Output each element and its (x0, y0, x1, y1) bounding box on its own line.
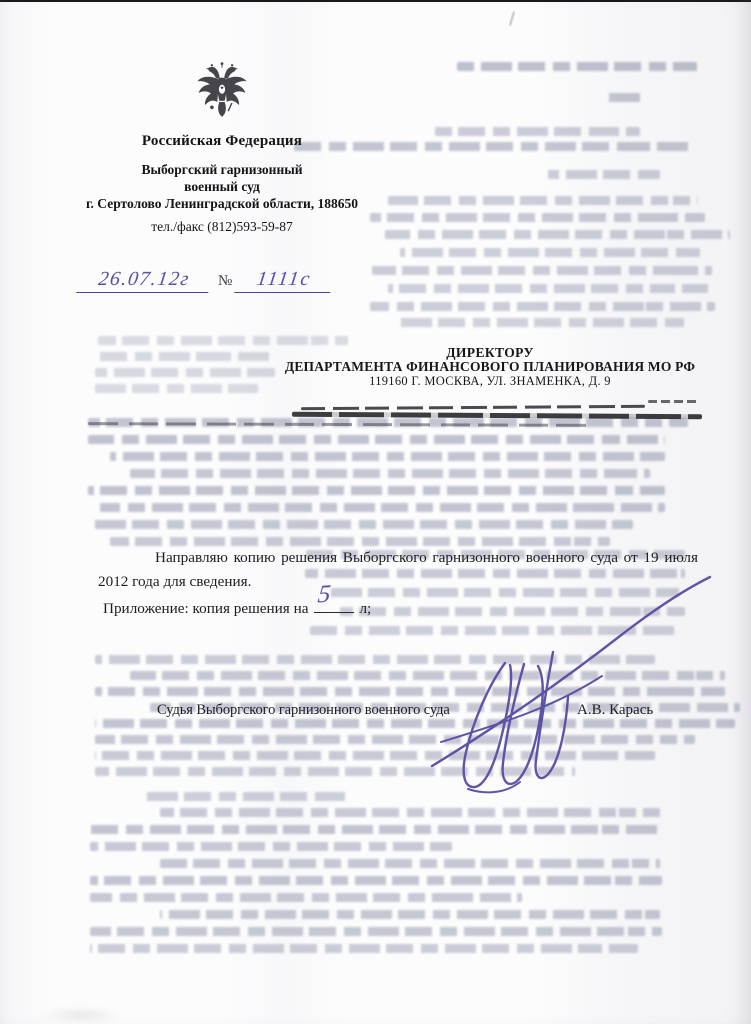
attachment-line: Приложение: копия решения на5л; (103, 598, 371, 618)
ghost-text-line (370, 302, 715, 311)
ghost-text-line (90, 944, 638, 953)
ghost-text-line (100, 503, 665, 512)
scanned-letter-page: Российская Федерация Выборгский гарнизон… (0, 0, 751, 1024)
body-paragraph: Направляю копию решения Выборгского гарн… (98, 546, 698, 593)
ghost-text-line (95, 687, 725, 696)
recipient-line1: ДИРЕКТОРУ (277, 346, 703, 360)
ghost-text-line (310, 626, 680, 635)
russian-coat-of-arms-icon (195, 61, 249, 127)
ghost-text-line (90, 825, 662, 834)
redaction-smudge (648, 400, 700, 403)
ghost-text-line (90, 842, 452, 851)
ghost-text-line (370, 213, 705, 222)
ghost-text-line (395, 318, 685, 327)
ghost-text-line (435, 127, 640, 136)
ghost-text-line (160, 910, 660, 919)
ghost-text-line (130, 469, 650, 478)
ghost-text-line (145, 792, 350, 801)
letterhead-court-line2: военный суд (72, 178, 372, 195)
attachment-pages-blank: 5 (314, 598, 354, 613)
ghost-text-line (98, 336, 348, 345)
redaction-smudge (301, 405, 645, 410)
ghost-text-line (95, 384, 265, 393)
letterhead: Российская Федерация Выборгский гарнизон… (72, 133, 372, 235)
ghost-text-line (95, 751, 655, 760)
redaction-smudge (88, 422, 594, 426)
handwritten-page-count: 5 (317, 582, 332, 608)
handwritten-signature (410, 558, 740, 808)
ghost-text-line (88, 520, 633, 529)
ghost-text-line (548, 170, 660, 179)
ghost-text-line (110, 452, 665, 461)
ghost-text-line (90, 893, 522, 902)
letterhead-country: Российская Федерация (72, 133, 372, 150)
ghost-text-line (88, 486, 665, 495)
judge-title: Судья Выборгского гарнизонного военного … (157, 702, 450, 719)
ghost-text-line (90, 876, 662, 885)
ghost-text-line (95, 735, 695, 744)
ghost-text-line (388, 284, 708, 293)
ghost-text-line (400, 248, 700, 257)
scan-edge-line (0, 0, 751, 2)
redaction-smudge (292, 412, 702, 420)
attachment-suffix: л; (359, 600, 371, 617)
scan-corner-shade (38, 1006, 124, 1024)
recipient-block: ДИРЕКТОРУ ДЕПАРТАМЕНТА ФИНАНСОВОГО ПЛАНИ… (277, 346, 703, 388)
scan-artifact-speck (509, 11, 515, 26)
ghost-text-line (160, 859, 660, 868)
letterhead-city: г. Сертолово Ленинградской области, 1886… (72, 195, 372, 212)
ghost-text-line (385, 230, 730, 239)
attachment-prefix: Приложение: копия решения на (103, 600, 308, 617)
ghost-text-line (604, 93, 642, 102)
ghost-text-line (340, 607, 685, 616)
ghost-text-line (95, 655, 655, 664)
ghost-text-line (95, 368, 275, 377)
recipient-line2: ДЕПАРТАМЕНТА ФИНАНСОВОГО ПЛАНИРОВАНИЯ МО… (277, 360, 703, 374)
recipient-line3: 119160 Г. МОСКВА, УЛ. ЗНАМЕНКА, Д. 9 (277, 374, 703, 388)
reference-row: 26.07.12г№1111с (78, 268, 332, 300)
number-sign: № (218, 273, 232, 293)
ghost-text-line (95, 719, 735, 728)
letterhead-phone: тел./факс (812)593-59-87 (72, 219, 372, 235)
handwritten-date: 26.07.12г (76, 268, 212, 293)
ghost-text-line (160, 808, 660, 817)
ghost-text-line (110, 537, 610, 546)
ghost-text-line (388, 196, 698, 205)
ghost-text-line (457, 62, 697, 71)
ghost-text-line (90, 927, 662, 936)
ghost-text-line (95, 352, 270, 361)
letterhead-court-line1: Выборгский гарнизонный (72, 161, 372, 178)
handwritten-number: 1111с (235, 268, 335, 293)
ghost-text-line (88, 435, 665, 444)
ghost-text-line (130, 671, 725, 680)
ghost-text-line (95, 767, 575, 776)
judge-name: А.В. Карась (577, 702, 653, 719)
ghost-text-line (372, 266, 712, 275)
